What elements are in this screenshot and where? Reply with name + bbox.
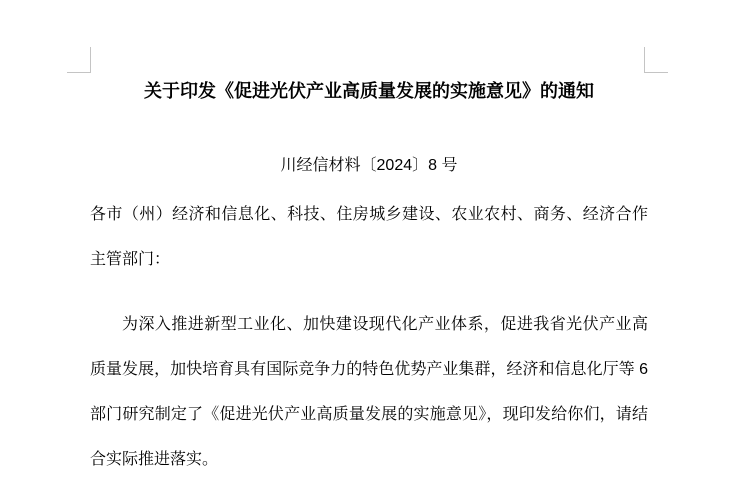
text-boundary-mark-top-right xyxy=(644,47,668,73)
word-document-page: 关于印发《促进光伏产业高质量发展的实施意见》的通知 川经信材料〔2024〕8 号… xyxy=(0,0,739,493)
text-boundary-mark-top-left xyxy=(67,47,91,73)
body-paragraph: 为深入推进新型工业化、加快建设现代化产业体系，促进我省光伏产业高质量发展，加快培… xyxy=(90,302,648,482)
salutation-paragraph: 各市（州）经济和信息化、科技、住房城乡建设、农业农村、商务、经济合作主管部门： xyxy=(90,192,648,282)
document-title: 关于印发《促进光伏产业高质量发展的实施意见》的通知 xyxy=(90,80,648,102)
document-number: 川经信材料〔2024〕8 号 xyxy=(90,156,648,175)
